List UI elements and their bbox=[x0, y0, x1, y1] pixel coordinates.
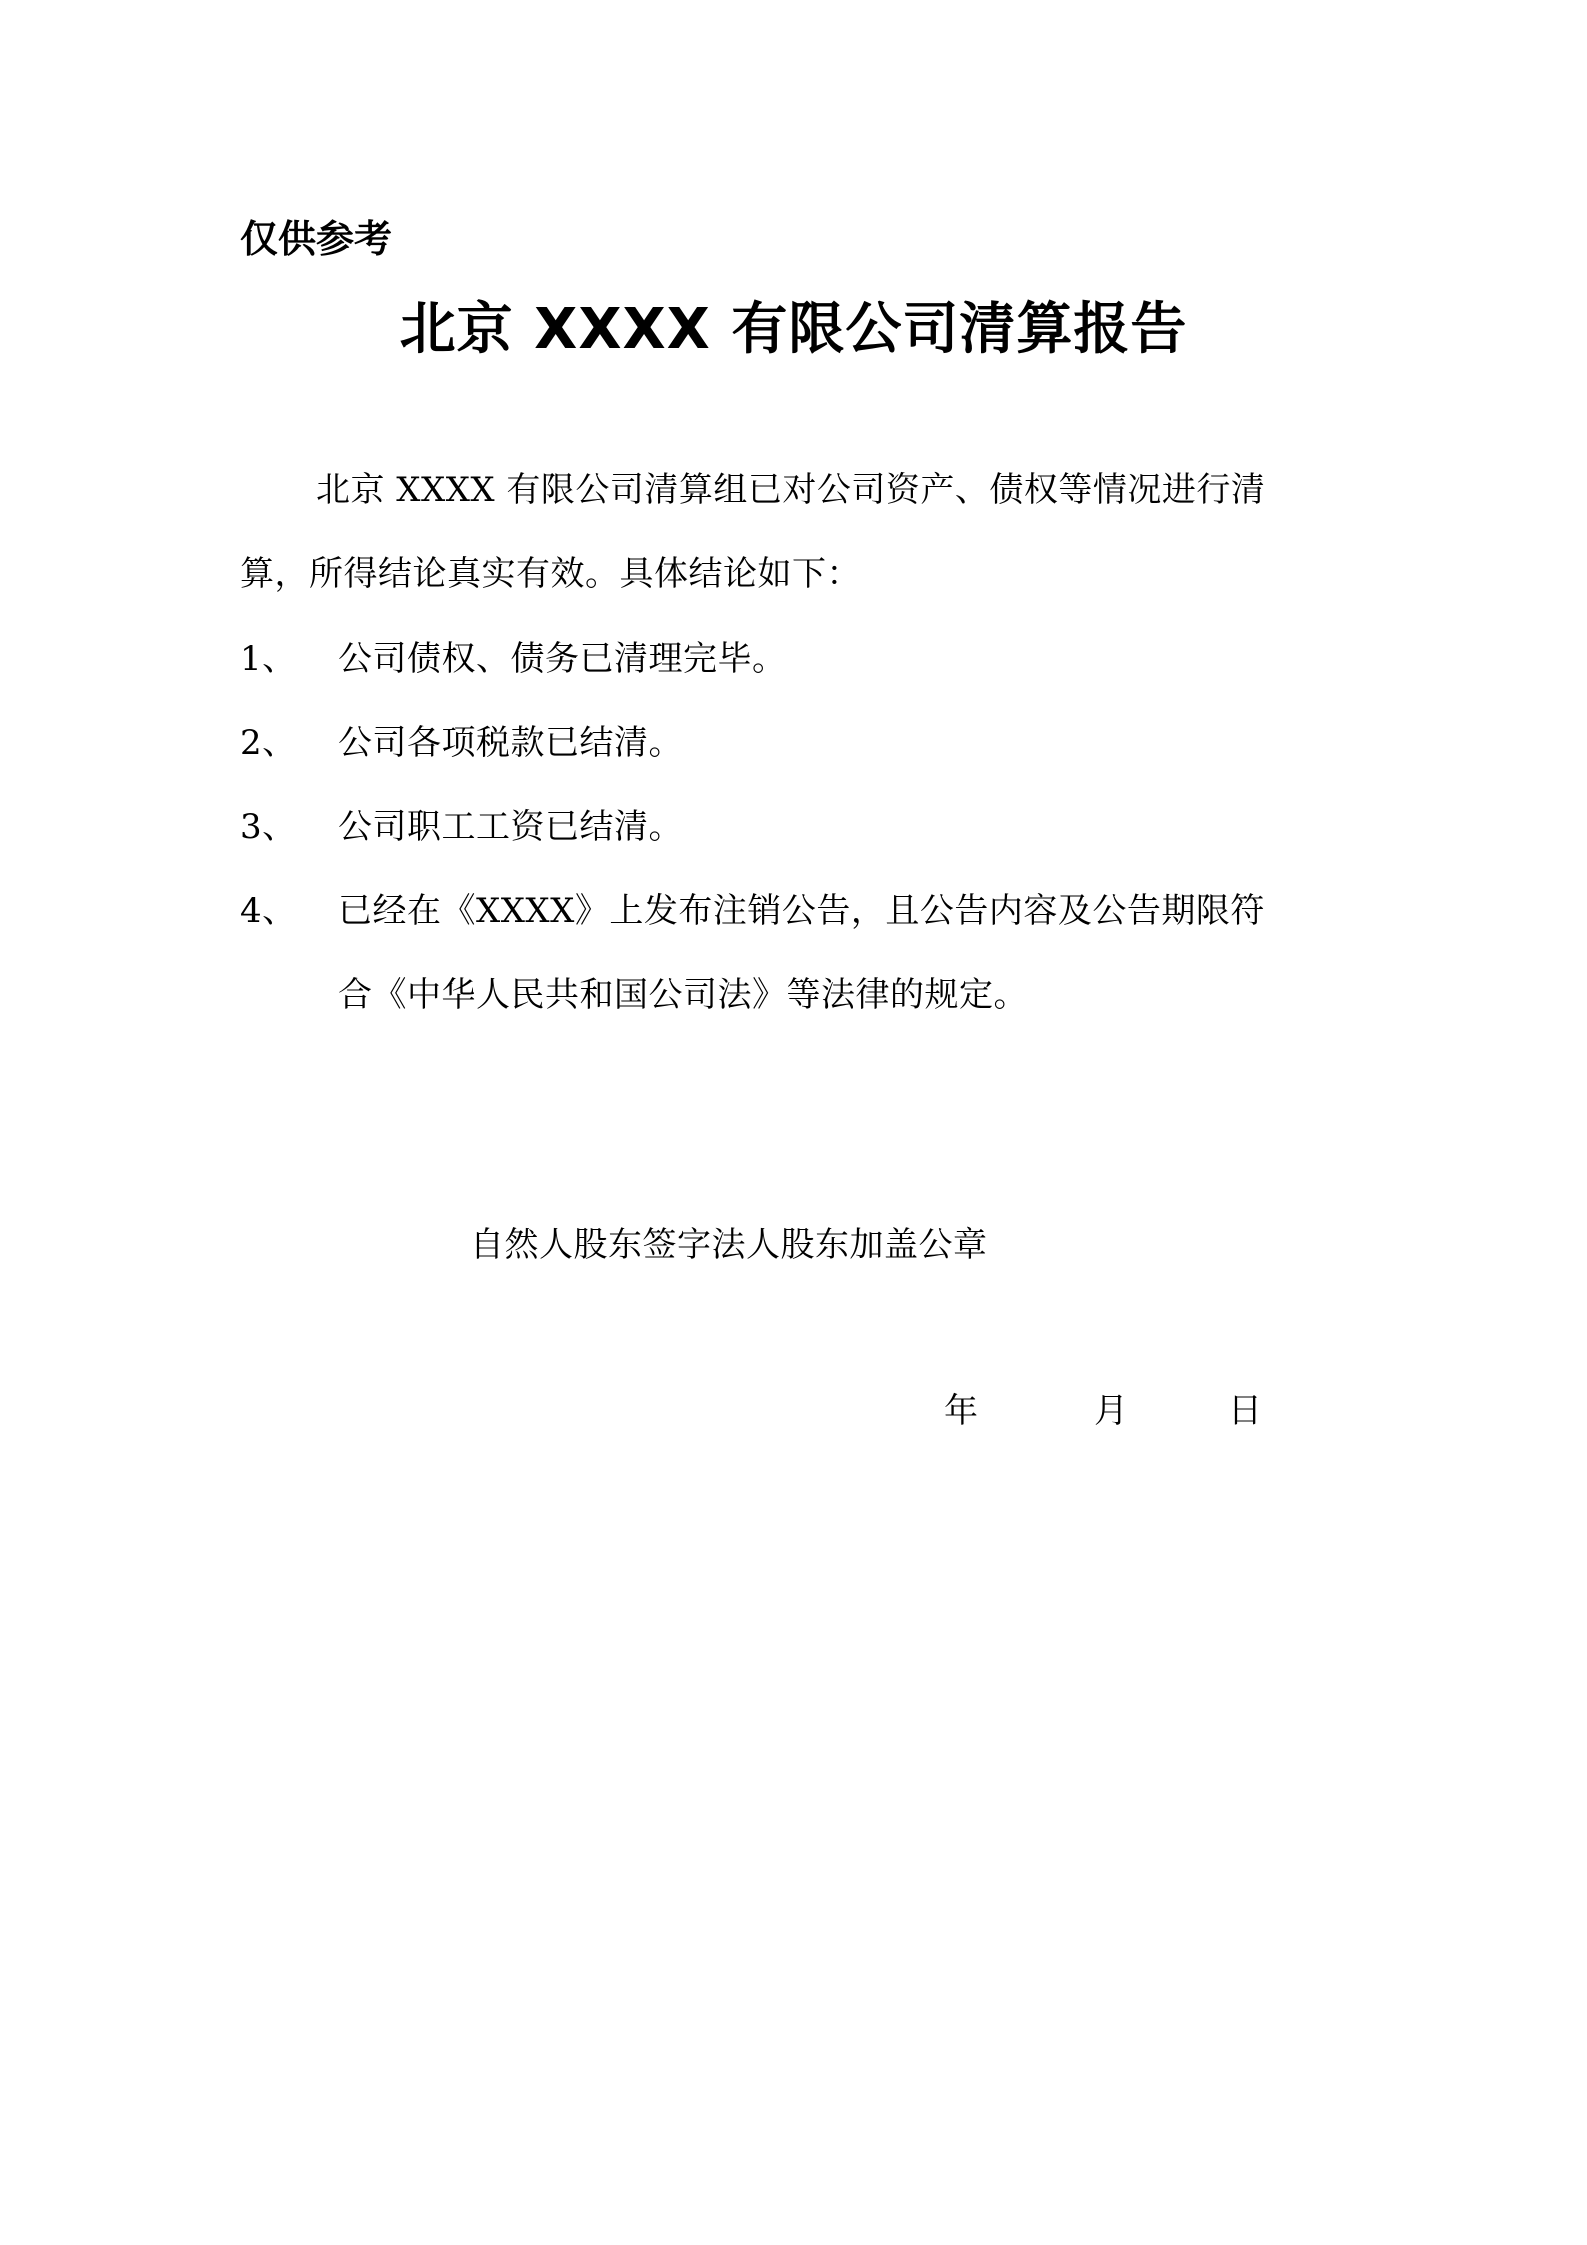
item-text: 已经在《XXXX》上发布注销公告，且公告内容及公告期限符 bbox=[338, 883, 1265, 932]
date-day-label: 日 bbox=[1228, 1383, 1263, 1432]
item-number: 4、 bbox=[240, 883, 297, 932]
reference-only-note: 仅供参考 bbox=[240, 208, 392, 263]
item-number: 3、 bbox=[240, 799, 297, 848]
intro-line-1: 北京 XXXX 有限公司清算组已对公司资产、债权等情况进行清 bbox=[316, 462, 1265, 511]
date-year-label: 年 bbox=[944, 1383, 979, 1432]
item-number: 1、 bbox=[240, 631, 297, 680]
intro-line-2: 算，所得结论真实有效。具体结论如下： bbox=[240, 546, 861, 595]
item-text: 公司各项税款已结清。 bbox=[338, 715, 683, 764]
date-month-label: 月 bbox=[1094, 1383, 1129, 1432]
item-number: 2、 bbox=[240, 715, 297, 764]
document-title: 北京 XXXX 有限公司清算报告 bbox=[0, 285, 1587, 365]
item-text: 公司债权、债务已清理完毕。 bbox=[338, 631, 787, 680]
signature-line: 自然人股东签字法人股东加盖公章 bbox=[470, 1217, 988, 1266]
item-text-continuation: 合《中华人民共和国公司法》等法律的规定。 bbox=[338, 967, 1028, 1016]
item-text: 公司职工工资已结清。 bbox=[338, 799, 683, 848]
